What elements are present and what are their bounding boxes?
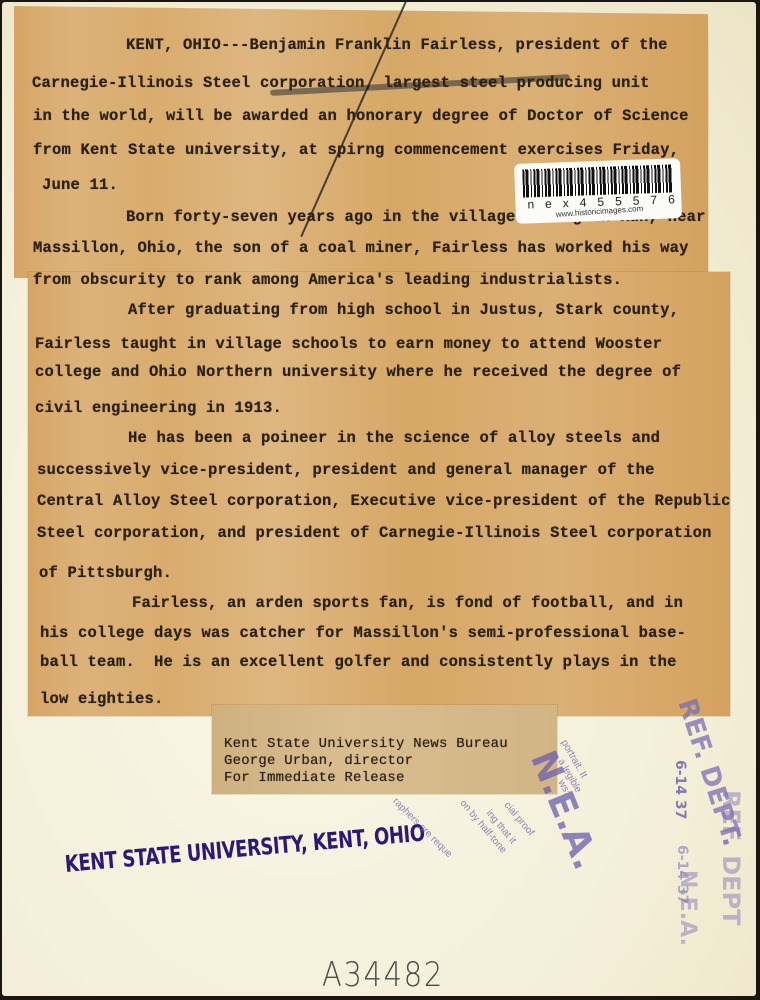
text-line: Massillon, Ohio, the son of a coal miner… [33, 241, 689, 257]
barcode-label: nex455576 www.historicimages.com [514, 158, 682, 224]
text-line: his college days was catcher for Massill… [40, 626, 686, 642]
text-line: Carnegie-Illinois Steel corporation, lar… [32, 76, 650, 92]
text-line: of Pittsburgh. [39, 566, 172, 582]
ref-dept-stamp: REF. DEPT [717, 790, 745, 926]
text-line: After graduating from high school in Jus… [128, 303, 679, 319]
date-stamp: 6-14 37 [672, 760, 688, 819]
text-line: from obscurity to rank among America's l… [33, 273, 622, 289]
text-line: KENT, OHIO---Benjamin Franklin Fairless,… [126, 38, 668, 54]
text-line: He has been a poineer in the science of … [128, 431, 660, 447]
date-stamp: 6-14 37 [674, 845, 690, 904]
catalog-number: A34482 [322, 955, 444, 995]
text-line: Fairless taught in village schools to ea… [35, 337, 662, 353]
text-line: Fairless, an arden sports fan, is fond o… [132, 596, 683, 612]
text-line: successively vice-president, president a… [37, 463, 655, 479]
footer-line: For Immediate Release [224, 771, 405, 785]
text-line: low eighties. [40, 692, 164, 708]
text-line: civil engineering in 1913. [35, 401, 282, 417]
text-line: Steel corporation, and president of Carn… [37, 526, 712, 542]
text-line: ball team. He is an excellent golfer and… [40, 655, 677, 671]
text-line: in the world, will be awarded an honorar… [33, 109, 689, 125]
text-line: June 11. [42, 178, 118, 194]
footer-line: George Urban, director [224, 754, 413, 768]
text-line: from Kent State university, at spirng co… [33, 143, 679, 159]
text-line: college and Ohio Northern university whe… [35, 365, 681, 381]
text-line: Central Alloy Steel corporation, Executi… [37, 494, 731, 510]
footer-line: Kent State University News Bureau [224, 737, 508, 751]
